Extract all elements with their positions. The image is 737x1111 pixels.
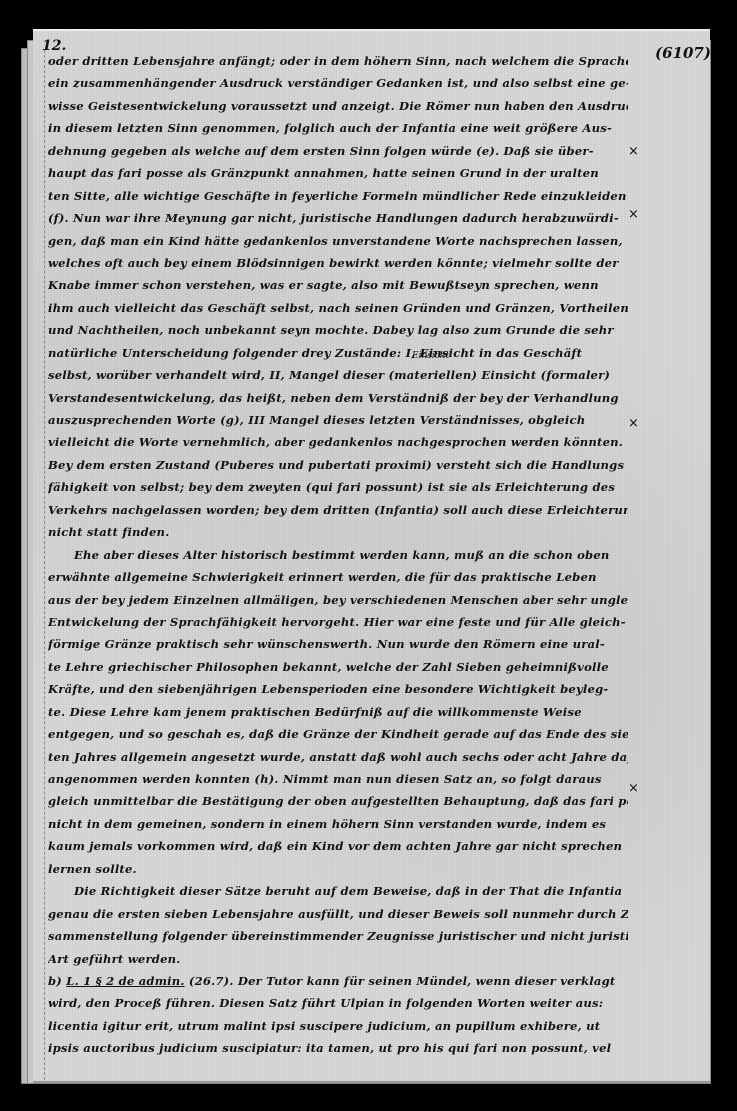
text-line: te. Diese Lehre kam jenem praktischen Be…	[48, 701, 628, 723]
margin-cross-mark: ×	[628, 207, 639, 222]
text-line: ten Jahres allgemein angesetzt wurde, an…	[48, 746, 628, 768]
text-line: nicht statt finden.	[48, 521, 628, 543]
text-line: aus der bey jedem Einzelnen allmäligen, …	[48, 589, 628, 611]
text-line: gleich unmittelbar die Bestätigung der o…	[48, 790, 628, 812]
footnote-marker: b)	[48, 974, 62, 988]
text-line: Knabe immer schon verstehen, was er sagt…	[48, 274, 628, 296]
archive-reference: (6107)	[655, 44, 711, 62]
text-line: nicht in dem gemeinen, sondern in einem …	[48, 813, 628, 835]
footnote: b) L. 1 § 2 de admin. (26.7). Der Tutor …	[48, 970, 628, 1060]
text-line: erwähnte allgemeine Schwierigkeit erinne…	[48, 566, 628, 588]
text-line: angenommen werden konnten (h). Nimmt man…	[48, 768, 628, 790]
text-line: natürliche Unterscheidung folgender drey…	[48, 342, 628, 364]
text-line: Verkehrs nachgelassen worden; bey dem dr…	[48, 499, 628, 521]
text-line: sammenstellung folgender übereinstimmend…	[48, 925, 628, 947]
text-line: licentia igitur erit, utrum malint ipsi …	[48, 1015, 628, 1037]
paragraph-2: Ehe aber dieses Alter historisch bestimm…	[48, 544, 628, 881]
footnote-first-line: b) L. 1 § 2 de admin. (26.7). Der Tutor …	[48, 970, 628, 992]
text-line: ten Sitte, alle wichtige Geschäfte in fe…	[48, 185, 628, 207]
text-line: Ehe aber dieses Alter historisch bestimm…	[48, 544, 628, 566]
text-line: ihm auch vielleicht das Geschäft selbst,…	[48, 297, 628, 319]
text-line: te Lehre griechischer Philosophen bekann…	[48, 656, 628, 678]
left-margin-rule	[44, 50, 46, 1080]
text-line: ipsis auctoribus judicium suscipiatur: i…	[48, 1037, 628, 1059]
footnote-citation: L. 1 § 2 de admin.	[66, 974, 184, 988]
text-line: gen, daß man ein Kind hätte gedankenlos …	[48, 230, 628, 252]
paragraph-1: oder dritten Lebensjahre anfängt; oder i…	[48, 50, 628, 544]
text-line: entgegen, und so geschah es, daß die Grä…	[48, 723, 628, 745]
text-line: fähigkeit von selbst; bey dem zweyten (q…	[48, 476, 628, 498]
text-line: in diesem letzten Sinn genommen, folglic…	[48, 117, 628, 139]
text-line: haupt das fari posse als Gränzpunkt anna…	[48, 162, 628, 184]
text-line: ein zusammenhängender Ausdruck verständi…	[48, 72, 628, 94]
text-line: kaum jemals vorkommen wird, daß ein Kind…	[48, 835, 628, 857]
text-line: dehnung gegeben als welche auf dem erste…	[48, 140, 628, 162]
text-line: vielleicht die Worte vernehmlich, aber g…	[48, 431, 628, 453]
margin-cross-mark: ×	[628, 781, 639, 796]
interlinear-insertion: Einsicht	[412, 351, 449, 361]
text-line: (f). Nun war ihre Meynung gar nicht, jur…	[48, 207, 628, 229]
footnote-citation-ref: (26.7).	[189, 974, 234, 988]
text-line: genau die ersten sieben Lebensjahre ausf…	[48, 903, 628, 925]
text-line: und Nachtheilen, noch unbekannt seyn moc…	[48, 319, 628, 341]
text-line: lernen sollte.	[48, 858, 628, 880]
margin-cross-mark: ×	[628, 416, 639, 431]
text-line: selbst, worüber verhandelt wird, II, Man…	[48, 364, 628, 386]
text-line: Bey dem ersten Zustand (Puberes und pube…	[48, 454, 628, 476]
text-line: Entwickelung der Sprachfähigkeit hervorg…	[48, 611, 628, 633]
text-line: wird, den Proceß führen. Diesen Satz füh…	[48, 992, 628, 1014]
text-line: wisse Geistesentwickelung voraussetzt un…	[48, 95, 628, 117]
text-line: Verstandesentwickelung, das heißt, neben…	[48, 387, 628, 409]
margin-cross-mark: ×	[628, 144, 639, 159]
footnote-text: Der Tutor kann für seinen Mündel, wenn d…	[238, 974, 616, 988]
text-line: Kräfte, und den siebenjährigen Lebensper…	[48, 678, 628, 700]
paragraph-3: Die Richtigkeit dieser Sätze beruht auf …	[48, 880, 628, 970]
manuscript-text-body: oder dritten Lebensjahre anfängt; oder i…	[48, 50, 628, 1060]
text-line: Die Richtigkeit dieser Sätze beruht auf …	[48, 880, 628, 902]
text-line: förmige Gränze praktisch sehr wünschensw…	[48, 633, 628, 655]
text-line: Art geführt werden.	[48, 948, 628, 970]
text-line: welches oft auch bey einem Blödsinnigen …	[48, 252, 628, 274]
text-line: oder dritten Lebensjahre anfängt; oder i…	[48, 50, 628, 72]
text-line: auszusprechenden Worte (g), III Mangel d…	[48, 409, 628, 431]
